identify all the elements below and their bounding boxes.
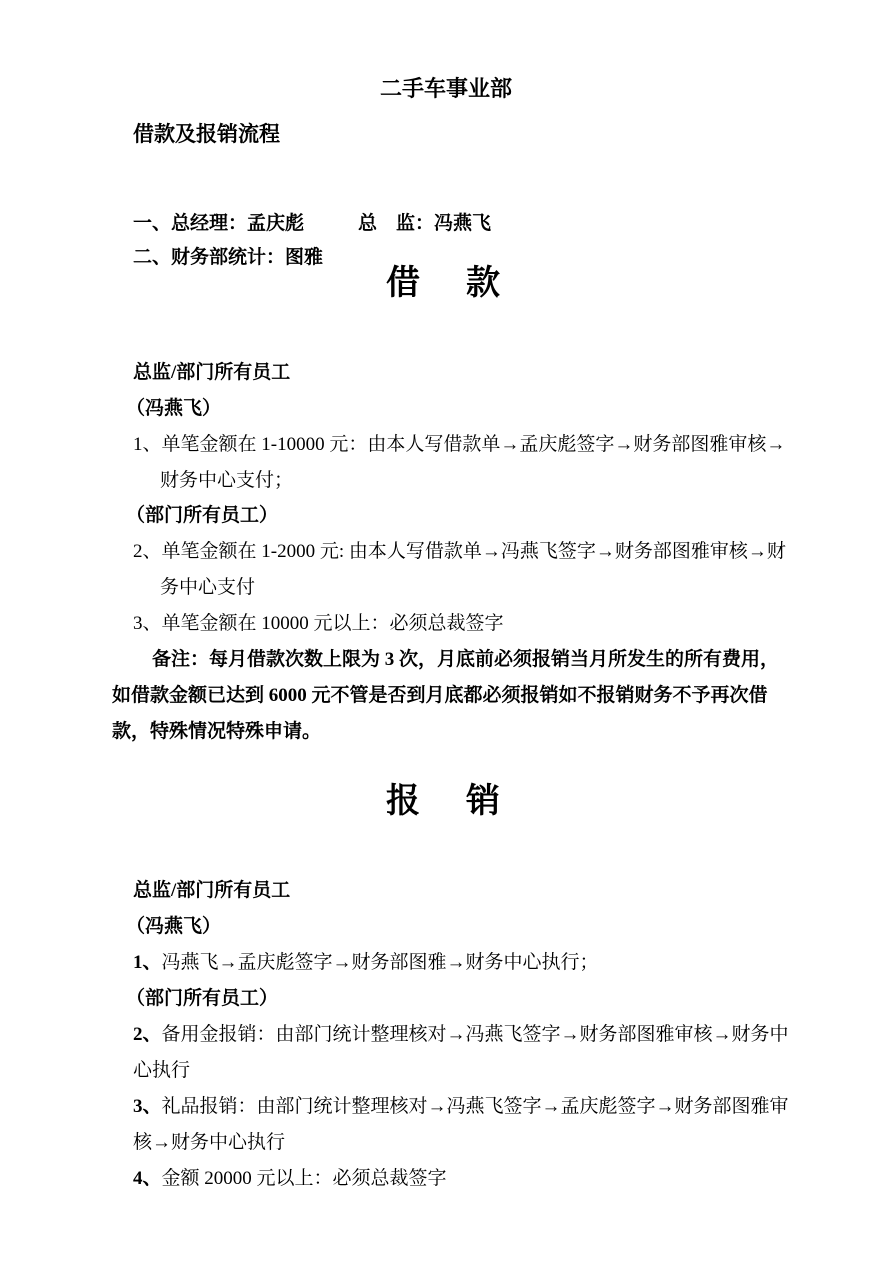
reimburse-group-dept-label: （部门所有员工）: [126, 988, 278, 1010]
role-director: 总 监：冯燕飞: [358, 213, 491, 235]
reimburse-item-3-number: 3、: [133, 1096, 162, 1117]
reimburse-item-3-text: 礼品报销：由部门统计整理核对→冯燕飞签字→孟庆彪签字→财务部图雅审: [162, 1096, 789, 1117]
reimburse-item-1-text: 冯燕飞→孟庆彪签字→财务部图雅→财务中心执行；: [162, 952, 599, 973]
loan-item-2-line-1: 2、单笔金额在 1-2000 元: 由本人写借款单→冯燕飞签字→财务部图雅审核→…: [133, 541, 786, 563]
doc-title: 二手车事业部: [0, 76, 892, 101]
loan-note-line-3: 款，特殊情况特殊申请。: [112, 721, 321, 743]
reimburse-group-all-label: 总监/部门所有员工: [133, 880, 290, 902]
reimburse-group-all-name: （冯燕飞）: [126, 916, 221, 938]
loan-item-1-line-2: 财务中心支付；: [160, 470, 293, 492]
reimburse-item-2-line-1: 2、备用金报销：由部门统计整理核对→冯燕飞签字→财务部图雅审核→财务中: [133, 1024, 789, 1046]
loan-group-all-name: （冯燕飞）: [126, 398, 221, 420]
reimburse-item-2-line-2: 心执行: [133, 1060, 190, 1082]
loan-item-3: 3、单笔金额在 10000 元以上：必须总裁签字: [133, 613, 504, 635]
document-page: 二手车事业部 借款及报销流程 一、总经理：孟庆彪 总 监：冯燕飞 二、财务部统计…: [0, 0, 892, 1262]
loan-group-dept-label: （部门所有员工）: [126, 505, 278, 527]
loan-note-line-2: 如借款金额已达到 6000 元不管是否到月底都必须报销如不报销财务不予再次借: [112, 685, 768, 707]
reimburse-item-2-text: 备用金报销：由部门统计整理核对→冯燕飞签字→财务部图雅审核→财务中: [162, 1024, 789, 1045]
loan-section-heading: 借 款: [0, 266, 892, 302]
reimburse-section-heading: 报 销: [0, 784, 892, 820]
reimburse-item-3-line-1: 3、礼品报销：由部门统计整理核对→冯燕飞签字→孟庆彪签字→财务部图雅审: [133, 1096, 789, 1118]
role-general-manager: 一、总经理：孟庆彪: [133, 213, 304, 235]
doc-subtitle: 借款及报销流程: [133, 122, 280, 146]
reimburse-item-4-number: 4、: [133, 1168, 162, 1189]
reimburse-item-3-line-2: 核→财务中心执行: [133, 1132, 285, 1154]
loan-group-all-label: 总监/部门所有员工: [133, 362, 290, 384]
loan-item-2-line-2: 务中心支付: [160, 577, 255, 599]
reimburse-item-1: 1、冯燕飞→孟庆彪签字→财务部图雅→财务中心执行；: [133, 952, 599, 974]
loan-note-line-1: 备注：每月借款次数上限为 3 次，月底前必须报销当月所发生的所有费用，: [112, 649, 779, 671]
reimburse-item-4: 4、金额 20000 元以上：必须总裁签字: [133, 1168, 447, 1190]
reimburse-item-1-number: 1、: [133, 952, 162, 973]
reimburse-item-4-text: 金额 20000 元以上：必须总裁签字: [162, 1168, 447, 1189]
reimburse-item-2-number: 2、: [133, 1024, 162, 1045]
loan-item-1-line-1: 1、单笔金额在 1-10000 元：由本人写借款单→孟庆彪签字→财务部图雅审核→: [133, 434, 785, 456]
